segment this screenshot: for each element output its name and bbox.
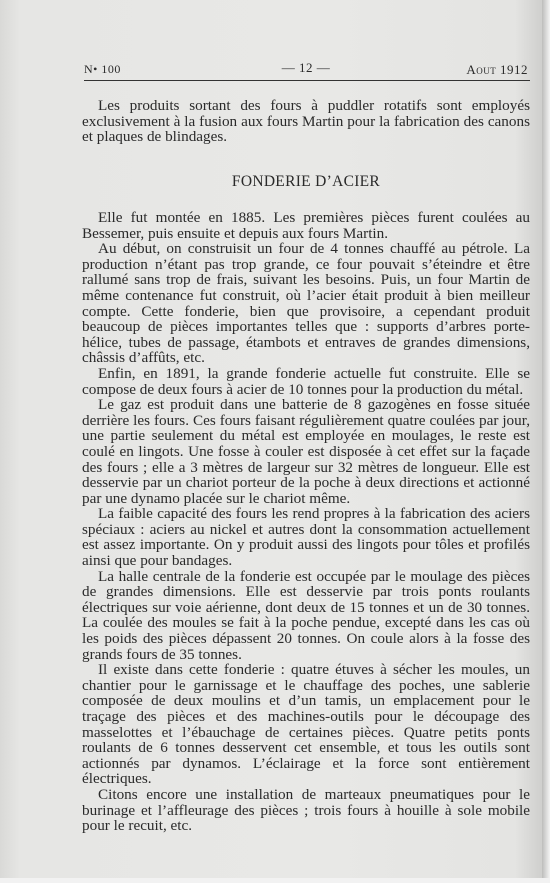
paragraph: Enfin, en 1891, la grande fonderie actue…: [82, 366, 530, 397]
section-title: FONDERIE D’ACIER: [82, 173, 530, 191]
page-number: — 12 —: [84, 60, 528, 76]
page-edge-right: [542, 0, 550, 883]
paragraph: Il existe dans cette fonderie : quatre é…: [82, 662, 530, 787]
header-rule: [84, 80, 530, 81]
running-header: N• 100 — 12 — Aout 1912: [84, 60, 528, 80]
issue-date: Aout 1912: [466, 62, 528, 78]
paragraph: Elle fut montée en 1885. Les premières p…: [82, 210, 530, 241]
intro-paragraph: Les produits sortant des fours à puddler…: [82, 98, 530, 145]
paragraph: La halle centrale de la fonderie est occ…: [82, 569, 530, 663]
paragraph: Citons encore une installation de martea…: [82, 787, 530, 834]
intro-text: Les produits sortant des fours à puddler…: [82, 98, 530, 145]
paragraph: Le gaz est produit dans une batterie de …: [82, 397, 530, 506]
paragraph: Au début, on construisit un four de 4 to…: [82, 241, 530, 366]
page-edge-bottom: [0, 878, 550, 883]
section-body: Elle fut montée en 1885. Les premières p…: [82, 210, 530, 834]
paragraph: La faible capacité des fours les rend pr…: [82, 506, 530, 568]
